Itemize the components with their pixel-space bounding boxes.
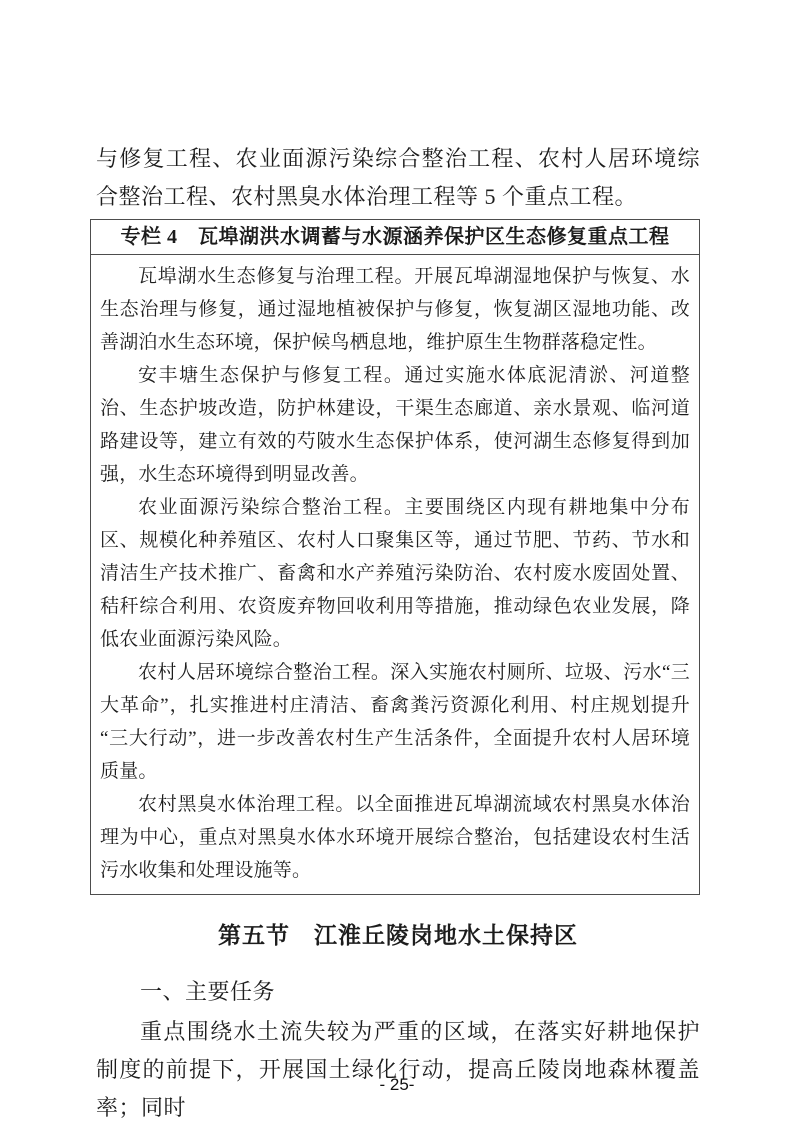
intro-paragraph: 与修复工程、农业面源污染综合整治工程、农村人居环境综合整治工程、农村黑臭水体治理… [96,140,700,216]
subsection-heading: 一、主要任务 [96,973,700,1011]
panel-paragraph-anfengtang: 安丰塘生态保护与修复工程。通过实施水体底泥清淤、河道整治、生态护坡改造，防护林建… [100,359,690,491]
panel-body: 瓦埠湖水生态修复与治理工程。开展瓦埠湖湿地保护与恢复、水生态治理与修复，通过湿地… [91,255,699,894]
panel-paragraph-rural-living-environment: 农村人居环境综合整治工程。深入实施农村厕所、垃圾、污水“三大革命”，扎实推进村庄… [100,656,690,788]
panel-paragraph-agricultural-pollution: 农业面源污染综合整治工程。主要围绕区内现有耕地集中分布区、规模化种养殖区、农村人… [100,491,690,656]
section-heading: 第五节 江淮丘陵岗地水土保持区 [96,919,700,953]
document-page: 与修复工程、农业面源污染综合整治工程、农村人居环境综合整治工程、农村黑臭水体治理… [0,0,794,1123]
tasks-paragraph: 重点围绕水土流失较为严重的区域，在落实好耕地保护制度的前提下，开展国土绿化行动，… [96,1013,700,1123]
panel-title: 专栏 4 瓦埠湖洪水调蓄与水源涵养保护区生态修复重点工程 [91,220,699,255]
panel-paragraph-wabu-lake: 瓦埠湖水生态修复与治理工程。开展瓦埠湖湿地保护与恢复、水生态治理与修复，通过湿地… [100,260,690,359]
page-number: - 25- [0,1075,794,1095]
page-content: 与修复工程、农业面源污染综合整治工程、农村人居环境综合整治工程、农村黑臭水体治理… [96,0,700,1123]
key-projects-panel: 专栏 4 瓦埠湖洪水调蓄与水源涵养保护区生态修复重点工程 瓦埠湖水生态修复与治理… [90,219,700,895]
panel-paragraph-black-odorous-water: 农村黑臭水体治理工程。以全面推进瓦埠湖流域农村黑臭水体治理为中心，重点对黑臭水体… [100,788,690,887]
